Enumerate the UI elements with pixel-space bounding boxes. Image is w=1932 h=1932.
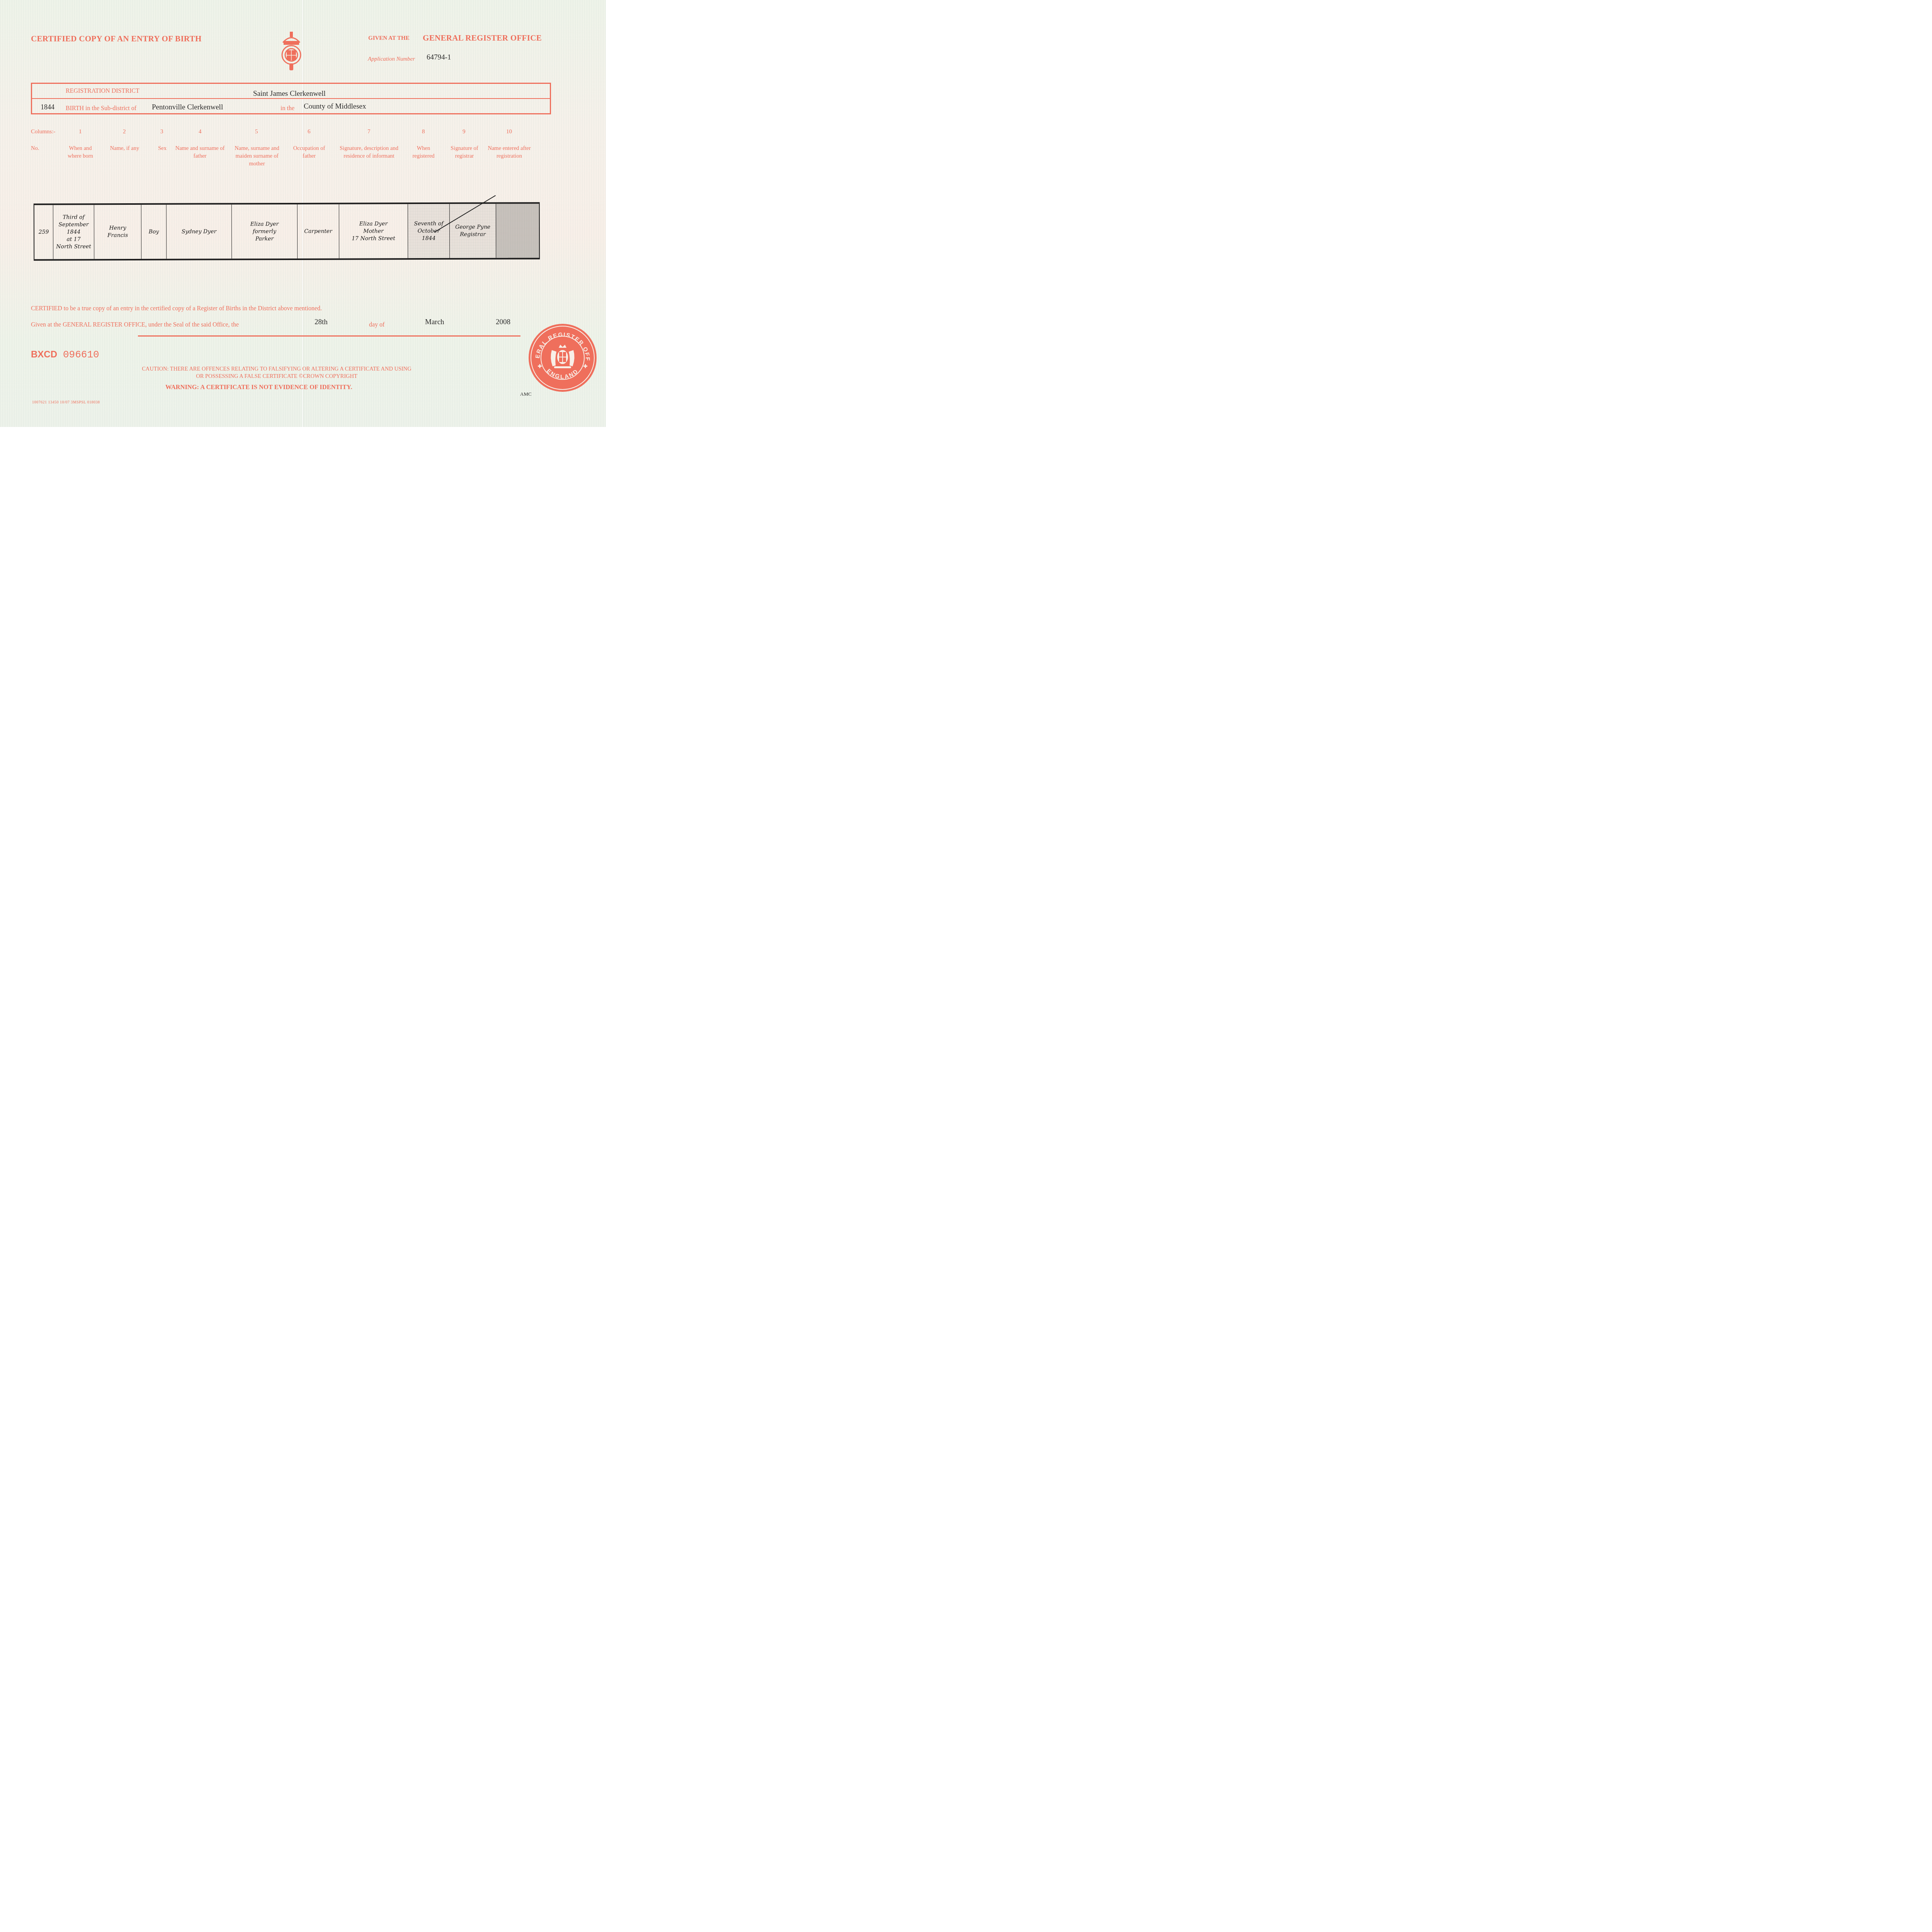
registration-district-value: Saint James Clerkenwell [253,90,326,98]
mother-name: Eliza Dyer [250,221,279,228]
column-number-1: 1 [79,129,82,135]
column-number-8: 8 [422,129,425,135]
column-header-10: Name entered after registration [486,145,532,160]
column-header-2: Name, if any [104,145,145,152]
column-number-3: 3 [160,129,163,135]
registered-date-line: Seventh of [414,220,444,227]
column-header-8: When registered [410,145,437,160]
given-at-label: GIVEN AT THE [368,35,410,42]
in-the-label: in the [281,105,294,112]
father-occupation: Carpenter [304,228,332,235]
columns-label: Columns:- [31,129,55,135]
father-name-cell: Sydney Dyer [167,204,232,259]
column-header-no: No. [31,145,43,152]
name-after-registration-cell [496,204,539,258]
column-number-10: 10 [506,129,512,135]
mother-name-cell: Eliza Dyer formerly Parker [232,204,298,259]
identity-warning: WARNING: A CERTIFICATE IS NOT EVIDENCE O… [165,383,352,391]
child-name-cell: Henry Francis [94,205,141,259]
entry-number: 259 [39,228,49,236]
mother-formerly: formerly [253,228,276,235]
child-middle-name: Francis [107,232,128,239]
royal-crest-icon [279,31,304,73]
when-registered-cell: Seventh of October 1844 [408,204,450,258]
signature-rule [138,335,520,337]
birth-date-line: September [58,221,88,228]
document-title: CERTIFIED COPY OF AN ENTRY OF BIRTH [31,34,202,44]
registration-district-label: REGISTRATION DISTRICT [66,88,139,95]
sex-value: Boy [149,228,159,235]
birth-entry-table: 259 Third of September 1844 at 17 North … [34,202,540,260]
office-name: GENERAL REGISTER OFFICE [423,33,542,43]
general-register-office-seal-icon: GENERAL REGISTER OFFICE ENGLAND [528,323,597,393]
column-header-1: When and where born [65,145,96,160]
informant-name: Eliza Dyer [359,220,388,228]
subdistrict-value: Pentonville Clerkenwell [152,103,223,112]
column-number-9: 9 [463,129,466,135]
given-at-statement: Given at the GENERAL REGISTER OFFICE, un… [31,321,239,328]
birth-date-line: Third of [63,214,85,221]
day-of-label: day of [369,321,384,328]
entry-number-cell: 259 [34,205,53,259]
print-code: 1007621 13450 10/07 3MSPSL 018038 [32,400,100,405]
column-header-7: Signature, description and residence of … [335,145,403,160]
column-number-7: 7 [367,129,371,135]
certified-statement: CERTIFIED to be a true copy of an entry … [31,305,322,312]
column-header-5: Name, surname and maiden surname of moth… [230,145,284,168]
child-first-name: Henry [109,224,126,232]
mother-maiden-name: Parker [255,235,274,243]
column-header-4: Name and surname of father [174,145,226,160]
registrar-name: George Pyne [455,224,490,231]
serial-number: 096610 [63,349,99,361]
registrar-cell: George Pyne Registrar [450,204,496,258]
column-header-3: Sex [155,145,170,152]
issue-year: 2008 [496,318,510,327]
birth-place-line: at 17 [66,236,80,243]
subdistrict-label: BIRTH in the Sub-district of [66,105,136,112]
informant-cell: Eliza Dyer Mother 17 North Street [339,204,408,258]
when-where-born-cell: Third of September 1844 at 17 North Stre… [53,205,94,259]
column-number-4: 4 [199,129,202,135]
informant-description: Mother [363,228,383,235]
serial-prefix: BXCD [31,349,57,360]
column-number-2: 2 [123,129,126,135]
column-number-6: 6 [308,129,311,135]
registrar-title: Registrar [460,231,486,238]
certificate-sheet: CERTIFIED COPY OF AN ENTRY OF BIRTH GIVE… [0,0,606,427]
issue-day: 28th [315,318,328,327]
column-header-6: Occupation of father [293,145,326,160]
birth-date-line: 1844 [67,228,81,236]
application-number: 64794-1 [427,53,451,62]
occupation-cell: Carpenter [298,204,339,259]
father-name: Sydney Dyer [182,228,216,235]
county-value: County of Middlesex [304,102,366,111]
issue-month: March [425,318,444,327]
column-number-5: 5 [255,129,258,135]
registered-date-line: 1844 [422,235,436,242]
scan-margin [0,427,606,441]
application-number-label: Application Number [368,56,415,63]
sex-cell: Boy [141,205,167,259]
district-divider [32,98,550,99]
informant-residence: 17 North Street [352,235,395,242]
registration-year: 1844 [41,103,54,111]
column-header-9: Signature of registrar [447,145,481,160]
birth-place-line: North Street [56,243,91,250]
caution-notice: CAUTION: THERE ARE OFFENCES RELATING TO … [138,366,415,380]
